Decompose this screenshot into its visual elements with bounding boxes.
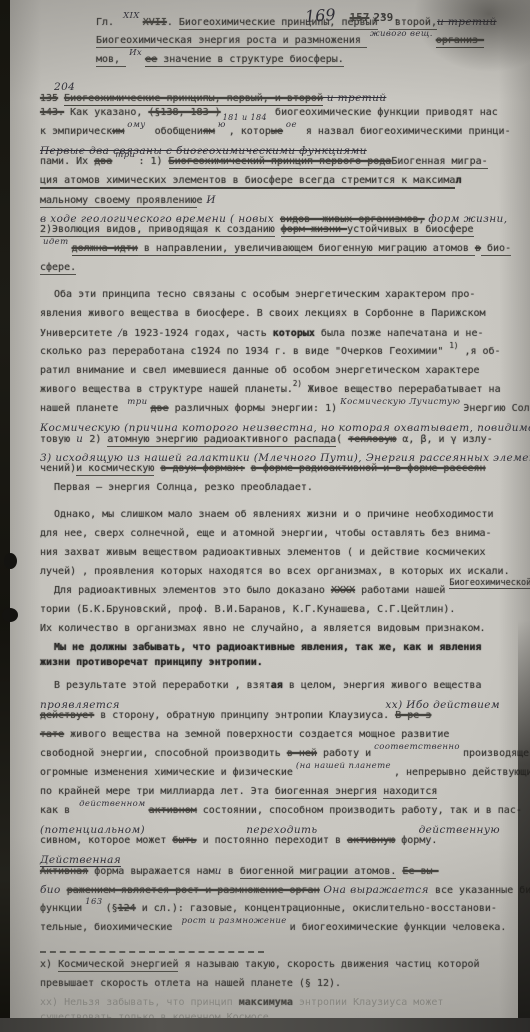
text-segment: Энергию Солнца , тепловую и све-: [463, 403, 530, 414]
document-line: тории (Б.К.Бруновский, проф. В.И.Баранов…: [40, 604, 526, 623]
film-edge-left: [0, 0, 10, 1032]
text-segment: , котор: [229, 126, 271, 137]
text-segment: био: [40, 884, 61, 896]
text-segment: три: [127, 397, 147, 407]
document-line: свободной энергии, способной производить…: [40, 748, 526, 767]
text-segment: биогенная энергия: [275, 786, 377, 799]
text-segment: (: [336, 434, 348, 445]
text-segment: 163: [85, 897, 102, 907]
text-segment: тельные, биохимические: [40, 922, 178, 933]
text-segment: живого вещества в структуре нашей планет…: [40, 384, 293, 395]
manuscript-page: 169157239. Гл. XIXXVII. Биогеохимические…: [10, 0, 530, 1018]
document-line: 204: [40, 81, 526, 92]
text-segment: форм-жизни-: [281, 224, 347, 237]
document-line: как в действенномактивном состоянии, спо…: [40, 805, 526, 824]
text-segment: Биогеохимический-принцип-первого-рода: [169, 156, 392, 169]
text-segment: атомную энергию радиоактивного распада: [107, 434, 336, 447]
text-segment: ое: [286, 120, 297, 130]
text-segment: И: [203, 194, 216, 206]
text-segment: 124: [118, 903, 136, 914]
text-segment: Однако, мы слишком мало знаем об явления…: [54, 509, 494, 520]
text-segment: мов,: [96, 54, 126, 67]
document-line: нашей планете тридве различных формы эне…: [40, 403, 526, 422]
text-segment: действует: [40, 710, 94, 721]
text-segment: сфере.: [40, 262, 76, 275]
document-line: ция атомов химических элементов в биосфе…: [40, 175, 526, 194]
text-segment: биогеохимические функции приводят нас: [269, 107, 498, 118]
text-segment: действенную: [419, 824, 500, 835]
document-line: явления живого вещества в биосфере. В св…: [40, 308, 526, 327]
text-segment: две: [150, 403, 168, 414]
text-segment: обобщени: [149, 126, 203, 137]
document-line: [40, 951, 264, 959]
document-line: Активная форма выражается нами в биогенн…: [40, 865, 526, 884]
document-line: Для радиоактивных элементов это было док…: [40, 585, 526, 604]
text-segment: Как указано,: [64, 107, 148, 118]
document-line: превышает скорость отлета на нашей плане…: [40, 978, 526, 997]
text-segment: все указанные биохимические: [429, 885, 530, 896]
text-segment: ХХХХ: [331, 585, 355, 596]
text-segment: 1): [449, 341, 458, 350]
text-segment: живого вещества на земной поверхности со…: [64, 729, 449, 740]
text-segment: активном: [149, 805, 197, 816]
text-segment: соответственно: [374, 742, 460, 752]
text-segment: состоянии, способном производить работу,…: [197, 805, 522, 816]
text-segment: 143.: [40, 107, 64, 118]
document-line: пами. Их дватри: 1) Биогеохимический-при…: [40, 156, 526, 175]
document-line: ратил внимание и свел имевшиеся данные о…: [40, 365, 526, 384]
right-edge-shadow: [518, 620, 530, 1032]
text-segment: идет: [43, 237, 69, 247]
text-segment: которых: [273, 328, 315, 339]
text-segment: для нее, сверх солнечной, еще и атомной …: [40, 528, 492, 539]
page-number-struck: 157: [350, 11, 370, 24]
text-segment: действенном: [79, 799, 145, 809]
text-segment: работами нашей: [355, 585, 445, 596]
text-segment: XVII: [143, 17, 167, 28]
text-segment: в ней: [287, 748, 317, 759]
text-segment: в: [222, 866, 240, 877]
document-line: 3) исходящую из нашей галактики (Млечног…: [40, 452, 526, 463]
text-segment: , непрерывно действующие: [394, 767, 530, 778]
text-segment: им: [112, 126, 124, 137]
document-line: Однако, мы слишком мало знаем об явления…: [40, 509, 526, 528]
text-segment: 135: [40, 93, 58, 104]
text-segment: .: [167, 17, 179, 28]
text-segment: мальному своему проявлению: [40, 195, 197, 208]
text-segment: хх) Ибо действием: [385, 699, 500, 710]
document-line: В результате этой переработки , взятая в…: [40, 680, 526, 699]
text-segment: хх) Нельзя забывать, что принцип: [40, 997, 239, 1008]
text-segment: нашей планете: [40, 403, 124, 414]
text-segment: жизни противоречат принципу энтропии.: [40, 657, 263, 668]
document-line: 143. Как указано, (§138, 183 )181 и 184 …: [40, 107, 526, 126]
text-segment: быть: [172, 835, 196, 846]
text-segment: 2): [293, 379, 302, 388]
document-line: хх) Нельзя забывать, что принцип максиму…: [40, 997, 526, 1012]
text-segment: Ее вы-: [402, 866, 438, 877]
document-line: огромные изменения химические и физическ…: [40, 767, 526, 786]
text-segment: (на нашей планете: [296, 761, 391, 771]
text-segment: явления живого вещества в биосфере. В св…: [40, 308, 486, 319]
film-notch: [2, 608, 18, 622]
text-segment: Она выражается: [320, 884, 429, 896]
text-segment: Гл.: [96, 17, 120, 28]
text-segment: (§138, 183 ): [148, 107, 220, 118]
document-line: Первая — энергия Солнца, резко преоблада…: [40, 482, 526, 501]
text-segment: и третий: [323, 92, 386, 104]
text-segment: 2): [83, 434, 107, 445]
text-segment: био-: [481, 243, 511, 256]
text-segment: свободной энергии, способной производить: [40, 748, 287, 759]
text-segment: сколько раз переработана с1924 по 1934 г…: [40, 346, 449, 357]
text-segment: активную: [347, 835, 395, 846]
text-segment: ее: [145, 54, 157, 67]
document-line: к эмпирическимому обобщениямю, которыеое…: [40, 126, 526, 145]
text-segment: находится: [383, 786, 437, 799]
text-segment: проявляется: [40, 699, 120, 710]
text-segment: работу и: [317, 748, 371, 759]
text-segment: я называю такую, скорость движения части…: [178, 959, 479, 970]
text-segment: Для радиоактивных элементов это было док…: [54, 585, 331, 596]
document-line: действует в сторону, обратную принципу э…: [40, 710, 526, 729]
text-segment: Первая — энергия Солнца, резко преоблада…: [54, 482, 313, 493]
document-line: идетдолжна идти в направлении, увеличива…: [40, 243, 526, 262]
document-line: товую и 2) атомную энергию радиоактивног…: [40, 433, 526, 452]
document-line: чений)и космическую в двух формах: в фор…: [40, 463, 526, 482]
text-segment: в 1923-1924 годах, часть: [122, 328, 273, 339]
document-line: х) Космической энергией я называю такую,…: [40, 959, 526, 978]
text-segment: ция атомов химических элементов в биосфе…: [40, 175, 455, 189]
text-segment: товую: [40, 434, 76, 445]
text-segment: два: [94, 156, 112, 167]
document-line: Оба эти принципа тесно связаны с особым …: [40, 289, 526, 308]
bottom-dark-band: [0, 1018, 530, 1032]
text-segment: переходить: [246, 824, 317, 835]
text-segment: и сл.): газовые, концентрационные, окисл…: [136, 903, 497, 914]
page-number-handwritten: 169: [304, 5, 336, 26]
text-segment: энтропии Клаузиуса может: [293, 997, 444, 1008]
text-segment: была позже напечатана и не-: [315, 328, 484, 339]
text-segment: Их: [129, 48, 142, 58]
text-segment: ния захват живым веществом радиоактивных…: [40, 547, 486, 558]
text-segment: функции: [40, 903, 82, 914]
text-segment: к эмпирическ: [40, 126, 112, 137]
text-segment: [275, 224, 281, 235]
text-segment: (потенциальном): [40, 824, 145, 835]
text-segment: в сторону, обратную принципу энтропии Кл…: [94, 710, 395, 721]
document-line: 2)Эволюция видов, приводящая к созданию …: [40, 224, 526, 243]
text-segment: в форме радиоактивной и в форме рассеян: [251, 463, 486, 474]
text-segment: три: [115, 150, 135, 160]
text-segment: 2)Эволюция видов, приводящая к созданию: [40, 224, 275, 237]
text-segment: чений): [40, 463, 76, 474]
text-segment: ратил внимание и свел имевшиеся данные о…: [40, 365, 480, 376]
document-body: Гл. XIXXVII. Биогеохимические принципы, …: [40, 16, 526, 1018]
text-segment: и постоянно переходит в: [197, 835, 348, 846]
text-segment: ,я об-: [458, 346, 500, 357]
text-segment: ражением является рост и-размножение-орг…: [67, 885, 320, 896]
document-line: сивном, которое может быть и постоянно п…: [40, 835, 526, 854]
document-line: в ходе геологического времени ( новых ви…: [40, 213, 526, 224]
text-segment: лучей) , проявления которых находятся во…: [40, 566, 510, 577]
document-line: мальному своему проявлениюе И: [40, 194, 526, 213]
text-segment: и космическую: [76, 463, 154, 476]
text-segment: в целом, энергия живого вещества: [283, 680, 482, 691]
film-notch: [4, 553, 17, 569]
document-line: био ражением является рост и-размножение…: [40, 884, 526, 903]
text-segment: α, β, и γ излу-: [396, 434, 492, 445]
document-line: сколько раз переработана с1924 по 1934 г…: [40, 346, 526, 365]
text-segment: Активная: [40, 866, 88, 877]
text-segment: ю: [218, 120, 226, 130]
document-line: Космическую (причина которого неизвестна…: [40, 422, 526, 433]
document-line: Мы не должны забывать, что радиоактивные…: [40, 642, 526, 657]
text-segment: и: [215, 865, 222, 877]
page-number-typed: 239.: [373, 11, 400, 24]
document-line: жизни противоречат принципу энтропии.: [40, 657, 526, 672]
text-segment: биогенной миграции атомов.: [240, 866, 397, 879]
text-segment: огромные изменения химические и физическ…: [40, 767, 293, 778]
text-segment: превышает скорость отлета на нашей плане…: [40, 978, 341, 989]
text-segment: В-ре-з: [395, 710, 431, 721]
text-segment: Биогеохимической: [449, 578, 530, 589]
document-line: ния захват живым веществом радиоактивных…: [40, 547, 526, 566]
text-segment: (§: [106, 903, 118, 914]
text-segment: устойчивых в биосфере: [347, 224, 473, 237]
text-segment: тепловую: [348, 434, 396, 445]
text-segment: : 1): [138, 156, 168, 167]
text-segment: Оба эти принципа тесно связаны с особым …: [54, 289, 475, 300]
page-number-block: 169157239.: [305, 6, 525, 25]
text-segment: в двух формах:: [160, 463, 244, 474]
text-segment: Мы не должны забывать, что радиоактивные…: [54, 642, 481, 653]
text-segment: должна идти: [72, 243, 138, 256]
text-segment: ям: [203, 126, 215, 137]
text-segment: по крайней мере три миллиарда лет. Эта: [40, 786, 275, 797]
text-segment: ая: [271, 680, 283, 691]
text-segment: Космическую Лучистую: [340, 397, 460, 407]
text-segment: ому: [127, 120, 145, 130]
text-segment: тате: [40, 729, 64, 740]
text-segment: Биогеохимическая энергия роста и размнож…: [96, 35, 367, 48]
document-line: сфере.: [40, 262, 526, 281]
document-line: тельные, биохимические рост и размножени…: [40, 922, 526, 941]
text-segment: я назвал биогеохимическими принци-: [300, 126, 511, 137]
document-line: Первые два связаны с биогеохимическими ф…: [40, 145, 526, 156]
document-line: проявляетсяхх) Ибо действием: [40, 699, 526, 710]
document-line: (потенциальном)переходитьдейственную: [40, 824, 526, 835]
text-segment: и биогеохимические функции человека.: [290, 922, 507, 933]
document-line: 135 Биогеохимические принципы, первый, и…: [40, 92, 526, 107]
text-segment: Их количество в организмах явно не случа…: [40, 623, 486, 634]
text-segment: х): [40, 959, 58, 970]
text-segment: XIX: [123, 11, 140, 21]
document-line: Их количество в организмах явно не случа…: [40, 623, 526, 642]
text-segment: В результате этой переработки , взят: [54, 680, 271, 691]
text-segment: различных формы энергии: 1): [169, 403, 338, 414]
text-segment: максимума: [239, 997, 293, 1008]
text-segment: сивном: [40, 835, 76, 846]
text-segment: в направлении, увеличивающем биогенную м…: [138, 243, 475, 256]
text-segment: Биогеохимические принципы, первый, и вто…: [64, 93, 323, 106]
text-segment: форма выражается нам: [88, 866, 214, 877]
text-segment: тории (Б.К.Бруновский, проф. В.И.Баранов…: [40, 604, 455, 615]
text-segment: значение в структуре биосферы.: [157, 54, 344, 67]
document-line: для нее, сверх солнечной, еще и атомной …: [40, 528, 526, 547]
text-segment: Биогенная мигра-: [391, 156, 487, 169]
manuscript-photo: 169157239. Гл. XIXXVII. Биогеохимические…: [0, 0, 530, 1032]
text-segment: форму.: [395, 835, 437, 846]
text-segment: Космической энергией: [58, 959, 178, 972]
text-segment: как в: [40, 805, 76, 816]
text-segment: 181 и 184: [223, 113, 267, 122]
text-segment: рост и размножение: [181, 916, 286, 926]
text-segment: пами. Их: [40, 156, 94, 167]
document-line: Действенная: [40, 854, 526, 865]
text-segment: Университете: [40, 328, 118, 339]
text-segment: Живое вещество перерабатывает на: [302, 384, 501, 395]
text-segment: , которое может: [76, 835, 172, 846]
text-segment: л: [455, 175, 461, 186]
text-segment: ые: [271, 126, 283, 137]
